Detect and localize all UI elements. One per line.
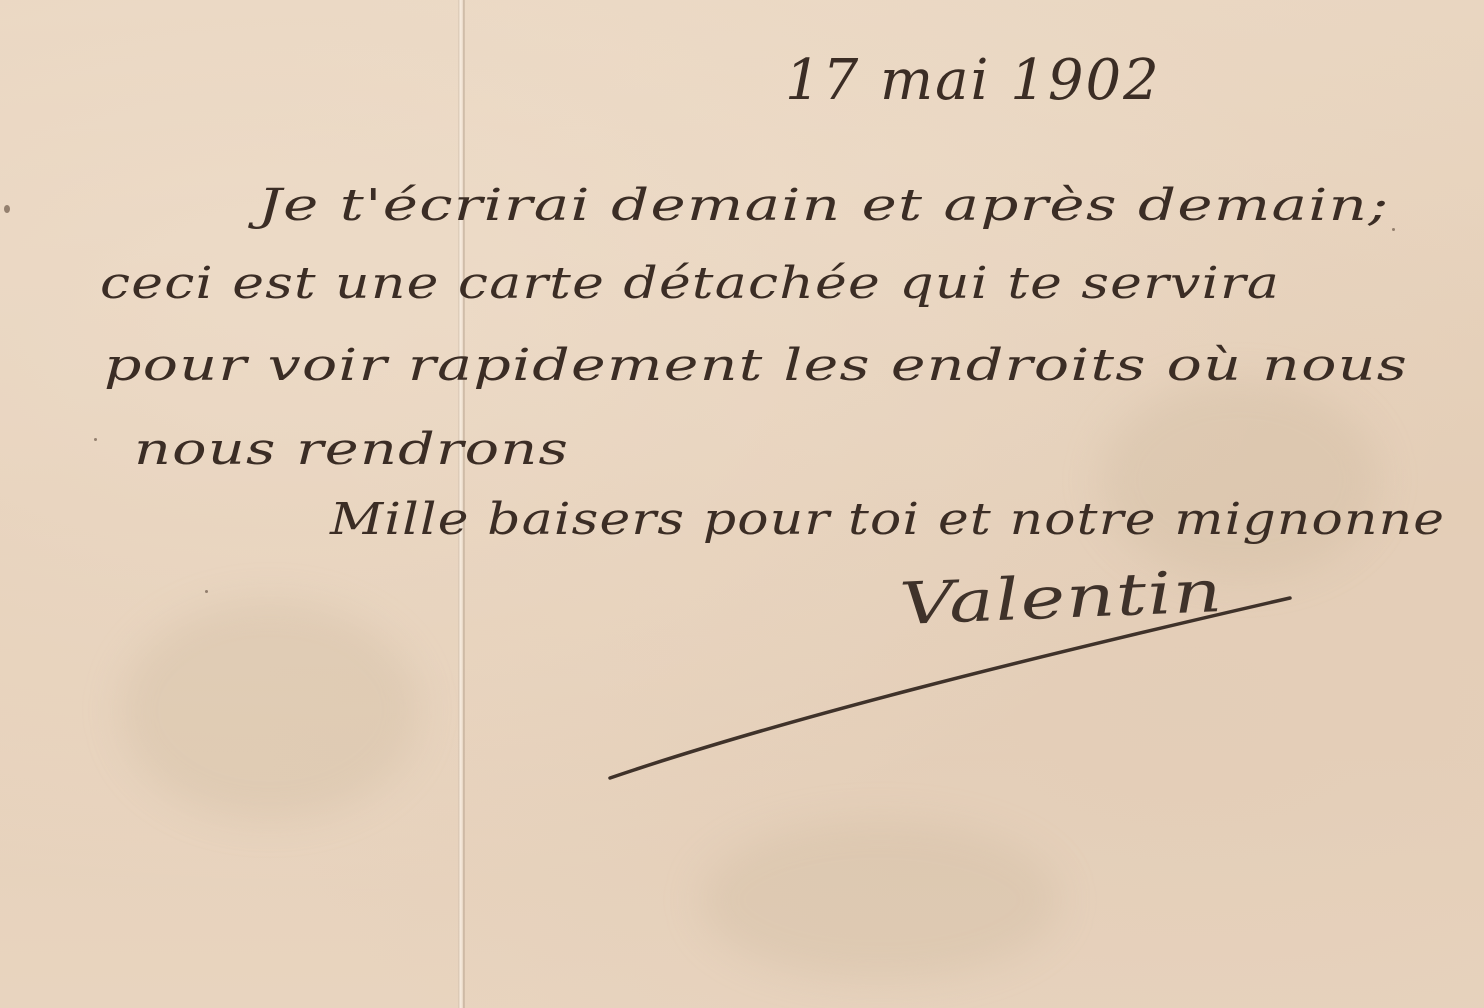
ink-speck — [4, 205, 10, 213]
letter-line-1: Je t'écrirai demain et après demain; — [258, 180, 1390, 231]
letter-paper: 17 mai 1902 Je t'écrirai demain et après… — [0, 0, 1484, 1008]
paper-stain — [700, 820, 1060, 980]
ink-speck — [1392, 228, 1395, 231]
letter-date: 17 mai 1902 — [785, 48, 1161, 113]
letter-line-3: pour voir rapidement les endroits où nou… — [104, 340, 1408, 391]
letter-closing: Mille baisers pour toi et notre mignonne — [330, 494, 1445, 545]
paper-stain — [120, 600, 420, 820]
paper-stain — [1100, 380, 1380, 580]
ink-speck — [205, 590, 208, 593]
letter-line-4: nous rendrons — [134, 424, 569, 475]
signature-underline-flourish — [600, 590, 1300, 790]
letter-line-2: ceci est une carte détachée qui te servi… — [100, 258, 1280, 309]
ink-speck — [94, 438, 97, 441]
